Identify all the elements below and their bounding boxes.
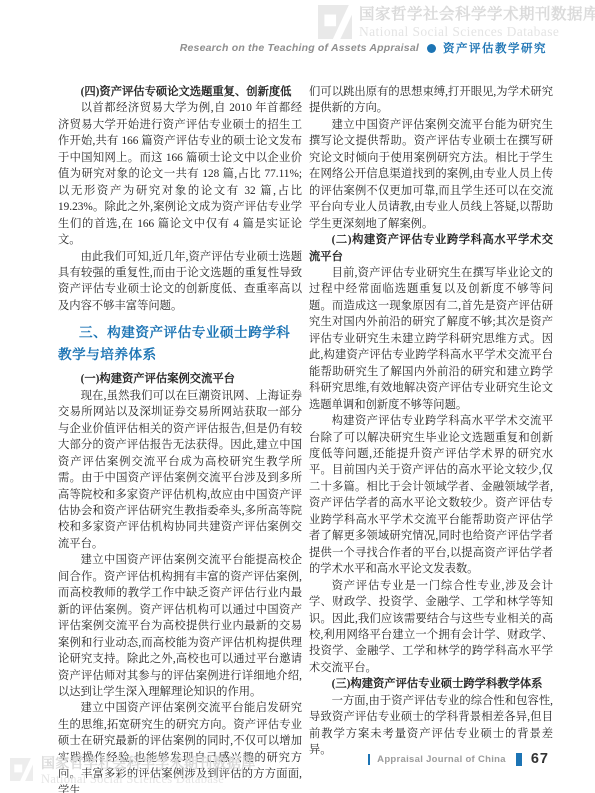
- watermark-title-cn: 国家哲学社会科学学术期刊数据库: [359, 5, 595, 24]
- paragraph: 建立中国资产评估案例交流平台能启发研究生的思维,拓宽研究生的研究方向。资产评估专…: [58, 700, 302, 793]
- paragraph-continuation: 们可以跳出原有的思想束缚,打开眼见,为学术研究提供新的方向。: [309, 84, 553, 117]
- subsection-heading: (二)构建资产评估专业跨学科高水平学术交流平台: [309, 232, 553, 265]
- paragraph: 目前,资产评估专业研究生在撰写毕业论文的过程中经常面临选题重复以及创新度不够等问…: [309, 265, 553, 413]
- page-number: 67: [531, 751, 549, 767]
- article-column-right: 们可以跳出原有的思想束缚,打开眼见,为学术研究提供新的方向。 建立中国资产评估案…: [309, 84, 553, 759]
- running-title: Research on the Teaching of Assets Appra…: [180, 40, 547, 56]
- journal-dot-icon: [427, 44, 436, 53]
- paragraph: 建立中国资产评估案例交流平台能为研究生撰写论文提供帮助。资产评估专业硕士在撰写研…: [309, 117, 553, 232]
- nssd-logo-icon: [10, 758, 33, 781]
- section-heading: 三、构建资产评估专业硕士跨学科教学与培养体系: [58, 322, 302, 365]
- running-title-cn: 资产评估教学研究: [443, 40, 547, 56]
- paragraph: 由此我们可知,近几年,资产评估专业硕士选题具有较强的重复性,而由于论文选题的重复…: [58, 249, 302, 315]
- running-title-en: Research on the Teaching of Assets Appra…: [180, 42, 419, 54]
- paragraph: 构建资产评估专业跨学科高水平学术交流平台除了可以解决研究生毕业论文选题重复和创新…: [309, 413, 553, 578]
- paragraph: 以首都经济贸易大学为例,自 2010 年首都经济贸易大学开始进行资产评估专业硕士…: [58, 100, 302, 248]
- subsection-heading: (一)构建资产评估案例交流平台: [58, 371, 302, 387]
- paragraph: 建立中国资产评估案例交流平台能提高校企间合作。资产评估机构拥有丰富的资产评估案例…: [58, 552, 302, 700]
- header-watermark: 国家哲学社会科学学术期刊数据库 National Social Sciences…: [318, 5, 595, 40]
- paragraph: 现在,虽然我们可以在巨潮资讯网、上海证券交易所网站以及深圳证券交易所网站获取一部…: [58, 388, 302, 553]
- divider-bar-thin: [368, 754, 370, 765]
- paragraph: 一方面,由于资产评估专业的综合性和包容性,导致资产评估专业硕士的学科背景相差各异…: [309, 693, 553, 759]
- subsection-heading: (三)构建资产评估专业硕士跨学科教学体系: [309, 676, 553, 692]
- nssd-logo-icon: [318, 5, 352, 39]
- subsection-heading: (四)资产评估专硕论文选题重复、创新度低: [58, 84, 302, 100]
- article-column-left: (四)资产评估专硕论文选题重复、创新度低 以首都经济贸易大学为例,自 2010 …: [58, 84, 302, 793]
- watermark-title-en: National Social Sciences Database: [359, 24, 595, 40]
- journal-page: 国家哲学社会科学学术期刊数据库 National Social Sciences…: [0, 0, 595, 793]
- journal-name: Appraisal Journal of China: [377, 754, 506, 765]
- paragraph: 资产评估专业是一门综合性专业,涉及会计学、财政学、投资学、金融学、工学和林学等知…: [309, 578, 553, 677]
- divider-bar-thick: [516, 753, 522, 766]
- footer-journal-line: Appraisal Journal of China 67: [368, 751, 549, 767]
